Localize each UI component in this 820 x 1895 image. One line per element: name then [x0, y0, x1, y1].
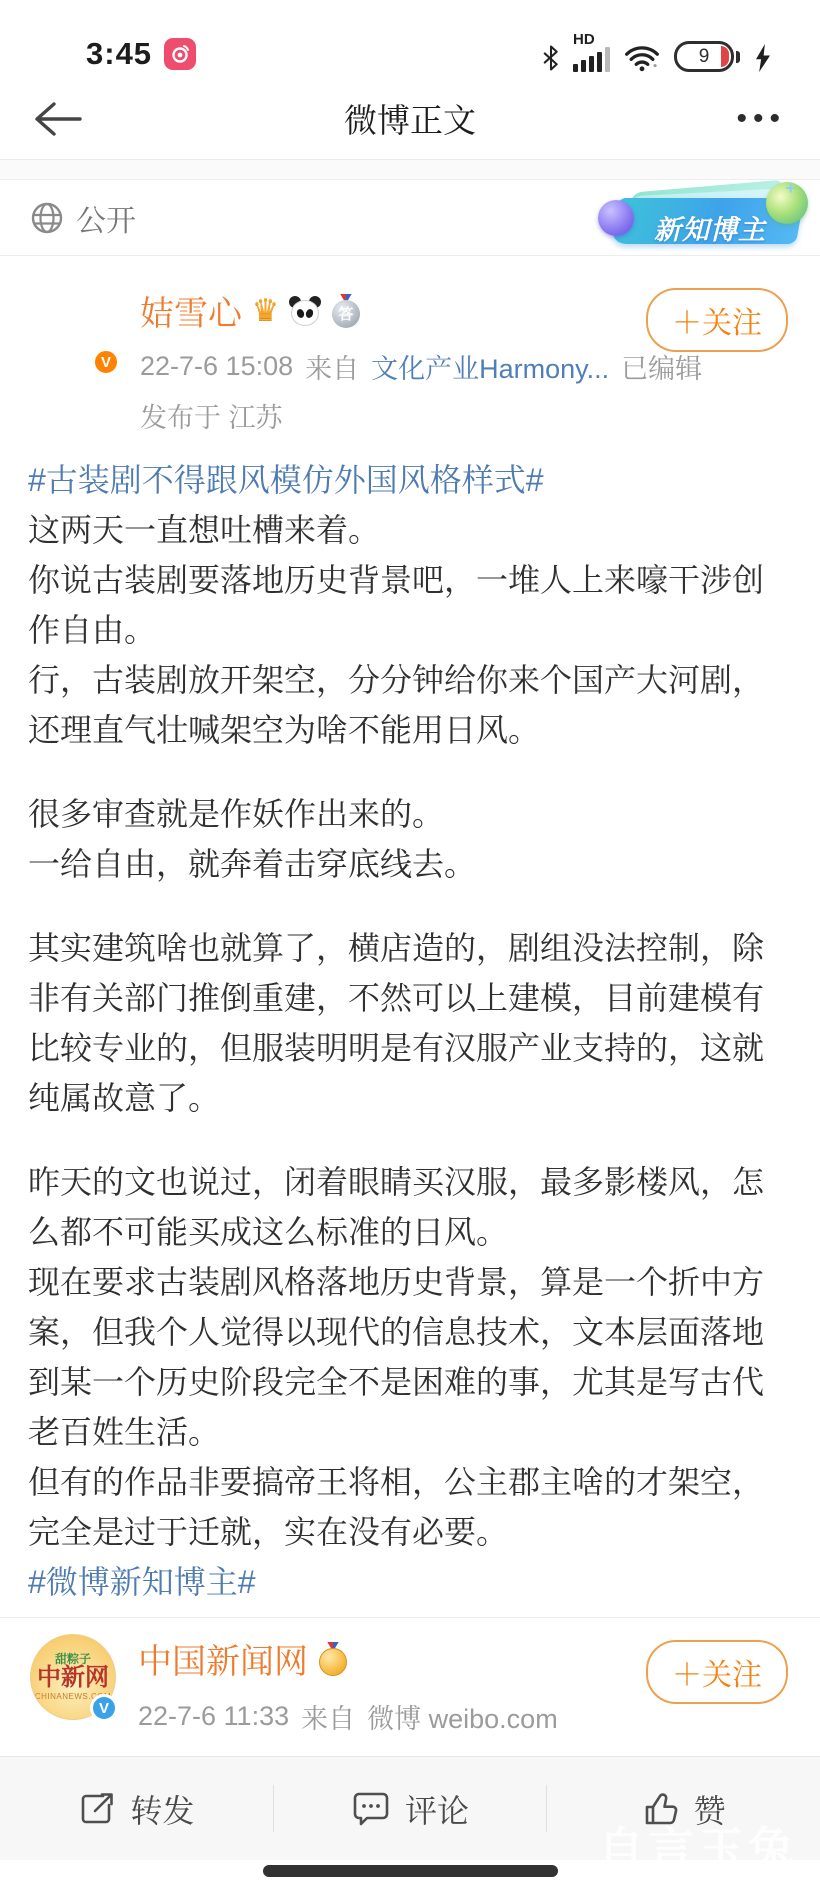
visibility-row: 公开 新知博主 + [0, 180, 820, 256]
quoted-source: 微博 weibo.com [367, 1697, 558, 1736]
separator-strip [0, 160, 820, 180]
source-prefix: 来自 [305, 347, 359, 386]
author-name[interactable]: 姞雪心 [140, 286, 242, 335]
globe-icon [30, 201, 64, 235]
page-title: 微博正文 [344, 95, 476, 142]
post-text-line: 行，古装剧放开架空，分分钟给你来个国产大河剧，还理直气壮喊架空为啥不能用日风。 [28, 655, 792, 755]
charging-icon [754, 44, 772, 72]
blank-line [28, 1123, 792, 1157]
back-arrow-icon [30, 99, 86, 139]
wifi-icon [624, 44, 660, 72]
post-body: #古装剧不得跟风模仿外国风格样式# 这两天一直想吐槽来着。 你说古装剧要落地历史… [0, 435, 820, 1617]
comment-icon [351, 1790, 391, 1828]
more-options-button[interactable]: ••• [736, 104, 786, 134]
home-strip [0, 1860, 820, 1895]
post-header: V 姞雪心 ♛ 答 22-7-6 15:08 来自 文化产业Harmony...… [0, 256, 820, 435]
quoted-author-name[interactable]: 中国新闻网 [138, 1634, 308, 1683]
home-indicator[interactable] [263, 1865, 558, 1877]
new-knowledge-blogger-badge[interactable]: 新知博主 + [594, 184, 806, 248]
more-dots-icon: ••• [736, 102, 786, 135]
post-text-line: 你说古装剧要落地历史背景吧，一堆人上来嚎干涉创作自由。 [28, 555, 792, 655]
status-bar: 3:45 HD 9 [0, 0, 820, 78]
badge-globe-icon [598, 200, 634, 236]
follow-quoted-button[interactable]: ＋关注 [646, 1640, 788, 1704]
comment-label: 评论 [405, 1786, 469, 1832]
verified-orange-badge: V [92, 348, 120, 376]
post-text-line: 其实建筑啥也就算了，横店造的，剧组没法控制，除非有关部门推倒重建，不然可以上建模… [28, 923, 792, 1123]
status-left: 3:45 [86, 36, 196, 72]
post-meta-row: 22-7-6 15:08 来自 文化产业Harmony... 已编辑 [140, 347, 790, 386]
repost-button[interactable]: 转发 [0, 1757, 273, 1860]
badge-sparkle-icon: + [785, 178, 796, 199]
battery-nub [736, 51, 740, 63]
blank-line [28, 889, 792, 923]
blank-line [28, 755, 792, 789]
quoted-timestamp: 22-7-6 11:33 [138, 1701, 289, 1732]
logo-main-text: 中新网 [37, 1665, 109, 1693]
visibility-label: 公开 [76, 196, 136, 240]
hd-label: HD [573, 32, 595, 47]
signal-indicator: HD [573, 32, 610, 72]
verified-blue-badge: V [90, 1694, 118, 1722]
back-button[interactable] [30, 99, 86, 139]
quoted-avatar[interactable]: 甜粽子 中新网 CHINANEWS.COM V [30, 1634, 116, 1720]
post-text-line: 昨天的文也说过，闭着眼睛买汉服，最多影楼风，怎么都不可能买成这么标准的日风。 [28, 1157, 792, 1257]
post-text-line: 很多审查就是作妖作出来的。 [28, 789, 792, 839]
post-text-line: 这两天一直想吐槽来着。 [28, 505, 792, 555]
weibo-app-icon [164, 38, 196, 70]
follow-author-button[interactable]: ＋关注 [646, 288, 788, 352]
post-text-line: 现在要求古装剧风格落地历史背景，算是一个折中方案，但我个人觉得以现代的信息技术，… [28, 1257, 792, 1457]
weibo-post-screen: 3:45 HD 9 微博正文 [0, 0, 820, 1895]
logo-decoration-text: 甜粽子 [55, 1653, 91, 1665]
crown-badge-icon: ♛ [252, 296, 279, 326]
quoted-post-header: 甜粽子 中新网 CHINANEWS.COM V 中国新闻网 22-7-6 11:… [0, 1617, 820, 1754]
like-icon [642, 1790, 680, 1828]
battery-level: 9 [699, 46, 710, 68]
gold-medal-icon [318, 1642, 348, 1676]
answer-medal-icon: 答 [331, 294, 361, 328]
post-source-link[interactable]: 文化产业Harmony... [371, 347, 609, 386]
nav-bar: 微博正文 ••• [0, 78, 820, 160]
post-text-line: 一给自由，就奔着击穿底线去。 [28, 839, 792, 889]
battery-low-segment [721, 46, 729, 67]
action-bar: 转发 评论 赞 [0, 1756, 820, 1860]
quoted-source-prefix: 来自 [301, 1697, 355, 1736]
badge-label: 新知博主 [642, 208, 778, 247]
status-time: 3:45 [86, 36, 152, 72]
bluetooth-icon [543, 44, 559, 72]
visibility-info: 公开 [30, 196, 136, 240]
author-avatar[interactable]: V [30, 286, 118, 374]
status-right: HD 9 [543, 32, 772, 72]
like-label: 赞 [694, 1786, 726, 1832]
battery-indicator: 9 [674, 41, 740, 72]
panda-badge-icon [289, 296, 321, 326]
signal-bars-icon [573, 47, 610, 72]
post-text-line: 但有的作品非要搞帝王将相，公主郡主啥的才架空，完全是过于迁就，实在没有必要。 [28, 1457, 792, 1557]
post-location: 发布于 江苏 [140, 396, 790, 435]
post-timestamp: 22-7-6 15:08 [140, 351, 293, 382]
hashtag-link[interactable]: #古装剧不得跟风模仿外国风格样式# [28, 455, 792, 505]
like-button[interactable]: 赞 [547, 1757, 820, 1860]
repost-icon [78, 1790, 116, 1828]
repost-label: 转发 [130, 1786, 194, 1832]
edited-badge: 已编辑 [621, 347, 702, 386]
comment-button[interactable]: 评论 [274, 1757, 547, 1860]
hashtag-link[interactable]: #微博新知博主# [28, 1557, 792, 1607]
